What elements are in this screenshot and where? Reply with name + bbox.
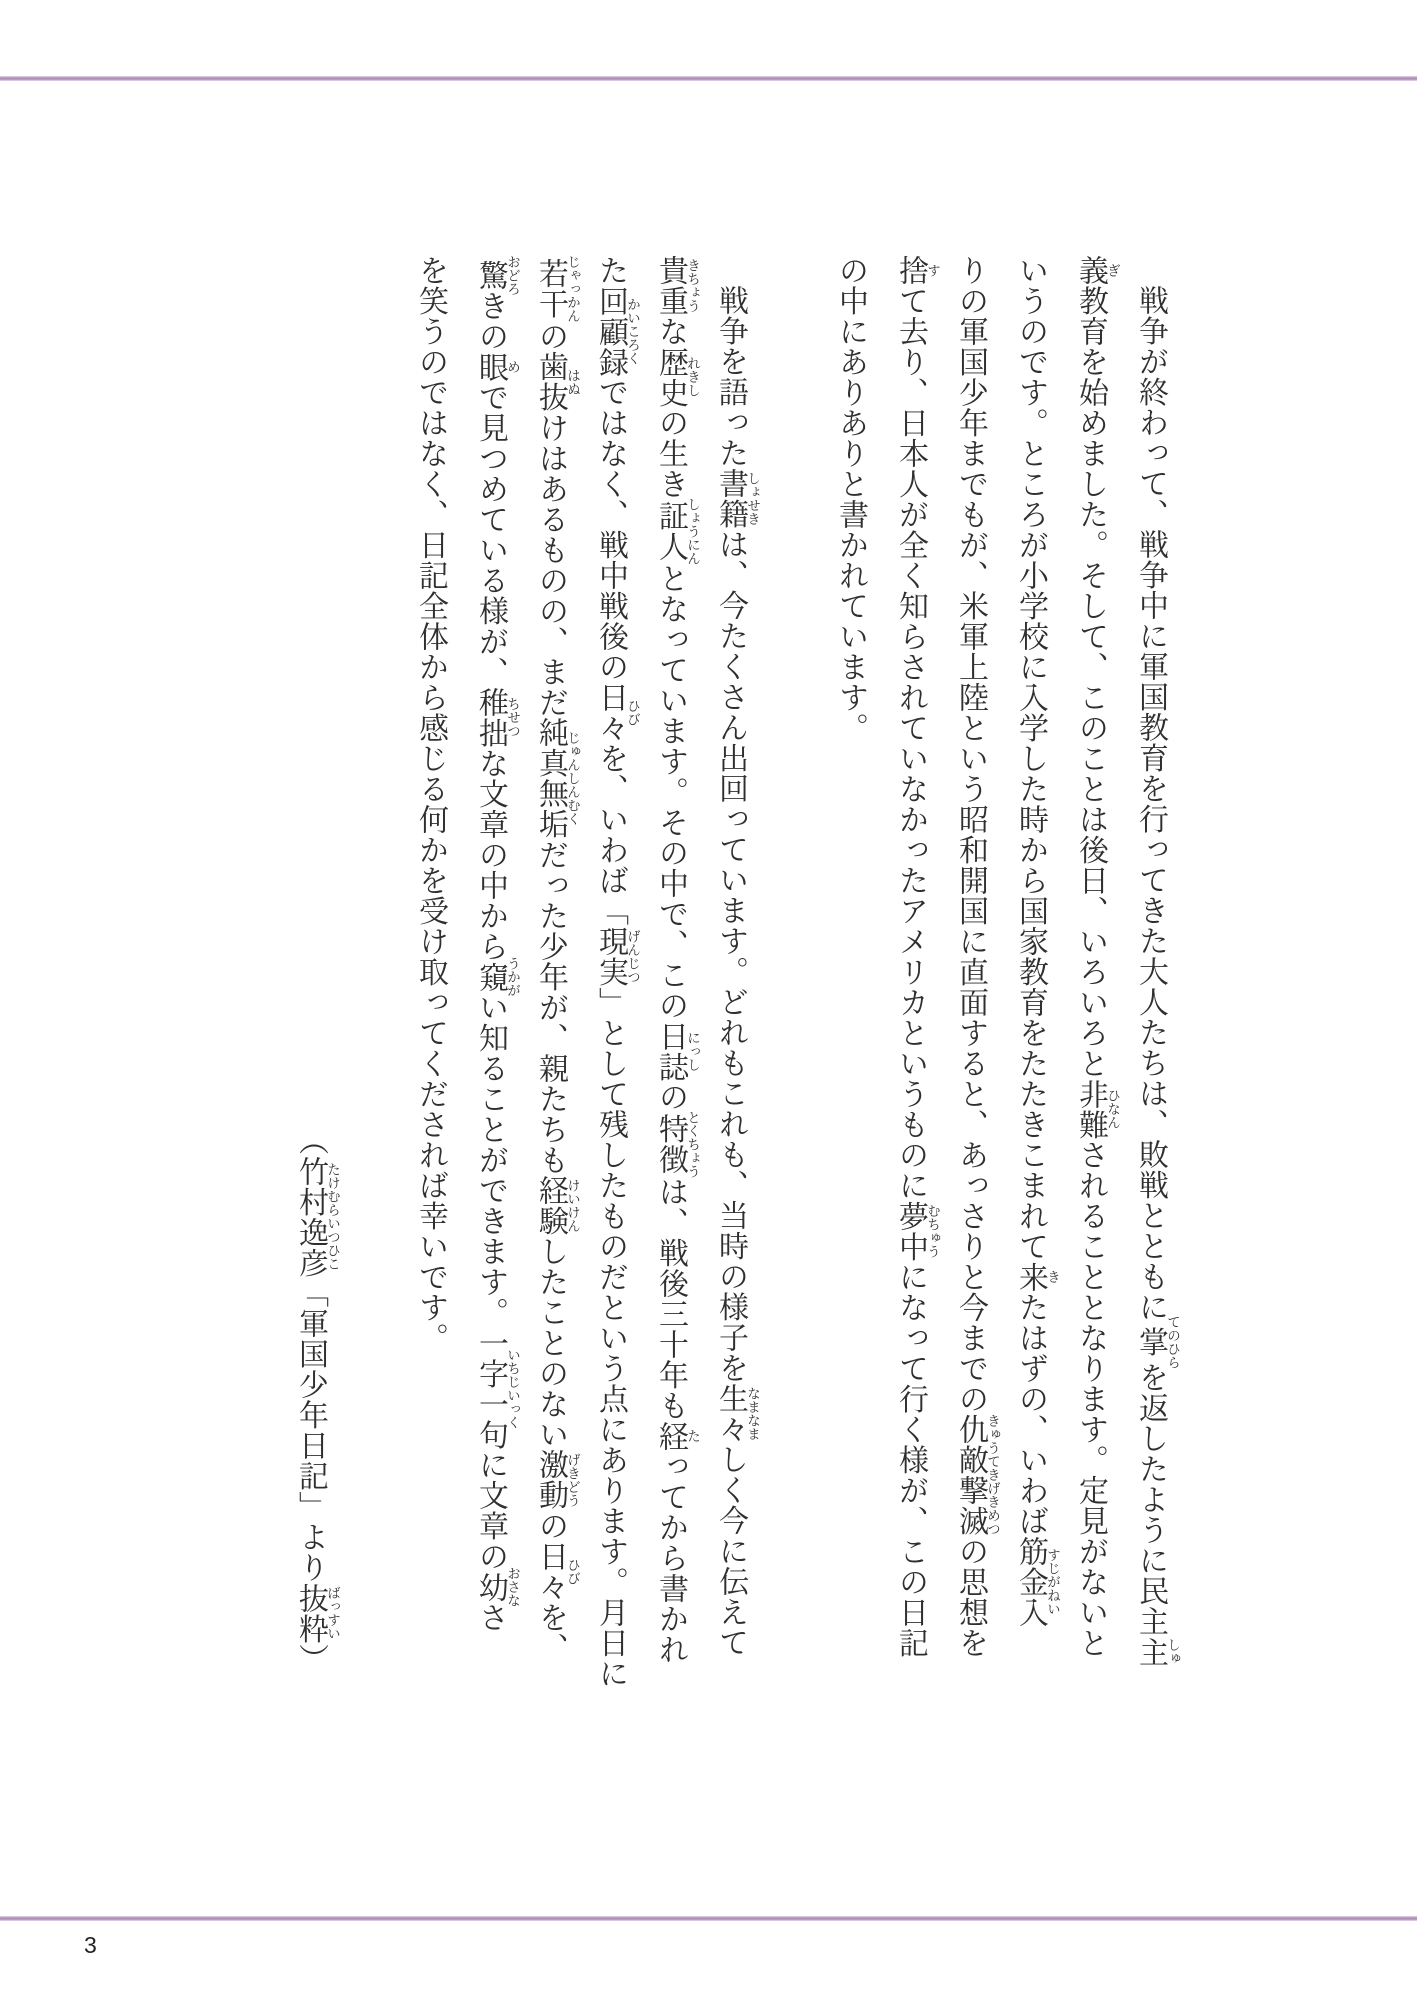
ruby-word: 回顧録かいころく [594,286,627,378]
furigana: ばっすい [325,1583,340,1644]
ruby-word: 一字一句いちじいっく [474,1328,507,1450]
furigana: げきどう [565,1449,580,1510]
furigana: とくちょう [685,1111,700,1179]
top-divider-line [0,76,1417,81]
furigana: にっし [685,1021,700,1082]
furigana: じゃっかん [565,255,580,323]
ruby-word: 夢中むちゅう [894,1201,927,1262]
furigana: たけむらいつひこ [325,1156,340,1278]
furigana: なまなま [745,1383,760,1444]
ruby-word: 驚おどろ [474,255,507,291]
text-column: 戦争が終わって、戦争中に軍国教育を行ってきた大人たちは、敗戦とともに掌てのひらを… [1120,255,1180,1705]
attribution: （竹村逸彦たけむらいつひこ「軍国少年日記」より抜粋ばっすい） [280,255,340,1705]
ruby-word: 義ぎ [1074,255,1107,286]
furigana: た [685,1421,700,1452]
ruby-word: 若干じゃっかん [534,255,567,321]
ruby-word: 捨す [894,255,927,286]
ruby-word: 抜粋ばっすい [294,1583,327,1644]
ruby-word: 日誌にっし [654,1021,687,1082]
paragraph-2: 戦争を語った書籍しょせきは、今たくさん出回っています。どれもこれも、当時の様子を… [400,255,760,1705]
furigana: かいころく [625,286,640,378]
furigana: はぬ [565,351,580,412]
ruby-word: 稚拙ちせつ [474,687,507,748]
text-column: いうのです。ところが小学校に入学した時から国家教育をたたきこまれて来きたはずの、… [1000,255,1060,1705]
furigana: おさな [505,1567,520,1608]
furigana: す [925,255,940,286]
text-column: を笑うのではなく、日記全体から感じる何かを受け取ってくだされば幸いです。 [400,255,460,1705]
ruby-word: 現実げんじつ [594,926,627,987]
ruby-word: 純真無垢じゅんしんむく [534,717,567,839]
text-column: りの軍国少年までもが、米軍上陸という昭和開国に直面すると、あっさりと今までの仇敵… [940,255,1000,1705]
furigana: てのひら [1165,1315,1180,1369]
ruby-word: 書籍しょせき [714,468,747,529]
text-column: 若干じゃっかんの歯抜はぬけはあるものの、まだ純真無垢じゅんしんむくだった少年が、… [520,255,580,1705]
ruby-word: 貴重きちょう [654,255,687,316]
ruby-word: 特徴とくちょう [654,1112,687,1176]
furigana: ぎ [1105,255,1120,286]
ruby-word: 掌てのひら [1134,1322,1167,1362]
furigana: ひび [565,1541,580,1602]
ruby-word: 窺うかが [474,962,507,993]
ruby-word: 主しゅ [1134,1637,1167,1668]
furigana: き [1045,1262,1060,1293]
furigana: じゅんしんむく [565,717,580,839]
furigana: けいけん [565,1175,580,1236]
furigana: すじがねい [1045,1536,1060,1628]
furigana: しょせき [745,468,760,529]
furigana: れきし [685,347,700,408]
text-column: 驚おどろきの眼めで見つめている様が、稚拙ちせつな文章の中から窺うかがい知ることが… [460,255,520,1705]
ruby-word: 来き [1014,1262,1047,1293]
furigana: ひび [625,682,640,743]
furigana: きゅうてきげきめつ [985,1414,1000,1536]
ruby-word: 日々ひび [534,1541,567,1602]
furigana: うかが [505,957,520,998]
text-column: の中にありありと書かれています。 [820,255,880,1705]
text-column: た回顧録かいころくではなく、戦中戦後の日々ひびを、いわば「現実げんじつ」として残… [580,255,640,1705]
text-column: 捨すて去り、日本人が全く知らされていなかったアメリカというものに夢中むちゅうにな… [880,255,940,1705]
ruby-word: 日々ひび [594,682,627,743]
ruby-word: 筋金入すじがねい [1014,1536,1047,1628]
vertical-text-block: 戦争が終わって、戦争中に軍国教育を行ってきた大人たちは、敗戦とともに掌てのひらを… [280,255,1180,1705]
furigana: むちゅう [925,1201,940,1262]
text-column: 戦争を語った書籍しょせきは、今たくさん出回っています。どれもこれも、当時の様子を… [700,255,760,1705]
furigana: げんじつ [625,926,640,987]
ruby-word: 経験けいけん [534,1175,567,1236]
page-number: 3 [84,1932,97,1959]
ruby-word: 生々なまなま [714,1383,747,1444]
ruby-word: 歯抜はぬ [534,351,567,412]
furigana: しょうにん [685,497,700,565]
text-column: 貴重きちょうな歴史れきしの生き証人しょうにんとなっています。その中で、この日誌に… [640,255,700,1705]
furigana: め [505,352,520,383]
furigana: きちょう [685,255,700,316]
text-column: （竹村逸彦たけむらいつひこ「軍国少年日記」より抜粋ばっすい） [280,255,340,1705]
furigana: しゅ [1165,1637,1180,1668]
furigana: おどろ [505,255,520,296]
bottom-divider-line [0,1916,1417,1921]
ruby-word: 経た [654,1421,687,1452]
ruby-word: 仇敵撃滅きゅうてきげきめつ [954,1414,987,1536]
ruby-word: 竹村逸彦たけむらいつひこ [294,1156,327,1278]
paragraph-1: 戦争が終わって、戦争中に軍国教育を行ってきた大人たちは、敗戦とともに掌てのひらを… [820,255,1180,1705]
ruby-word: 歴史れきし [654,347,687,408]
furigana: ひなん [1105,1079,1120,1140]
furigana: いちじいっく [505,1328,520,1450]
ruby-word: 証人しょうにん [654,499,687,563]
ruby-word: 非難ひなん [1074,1079,1107,1140]
ruby-word: 激動げきどう [534,1449,567,1510]
ruby-word: 幼おさな [474,1572,507,1603]
furigana: ちせつ [505,687,520,748]
ruby-word: 眼め [474,352,507,383]
document-page: 戦争が終わって、戦争中に軍国教育を行ってきた大人たちは、敗戦とともに掌てのひらを… [0,0,1417,2000]
text-column: 義ぎ教育を始めました。そして、このことは後日、いろいろと非難ひなんされることとな… [1060,255,1120,1705]
